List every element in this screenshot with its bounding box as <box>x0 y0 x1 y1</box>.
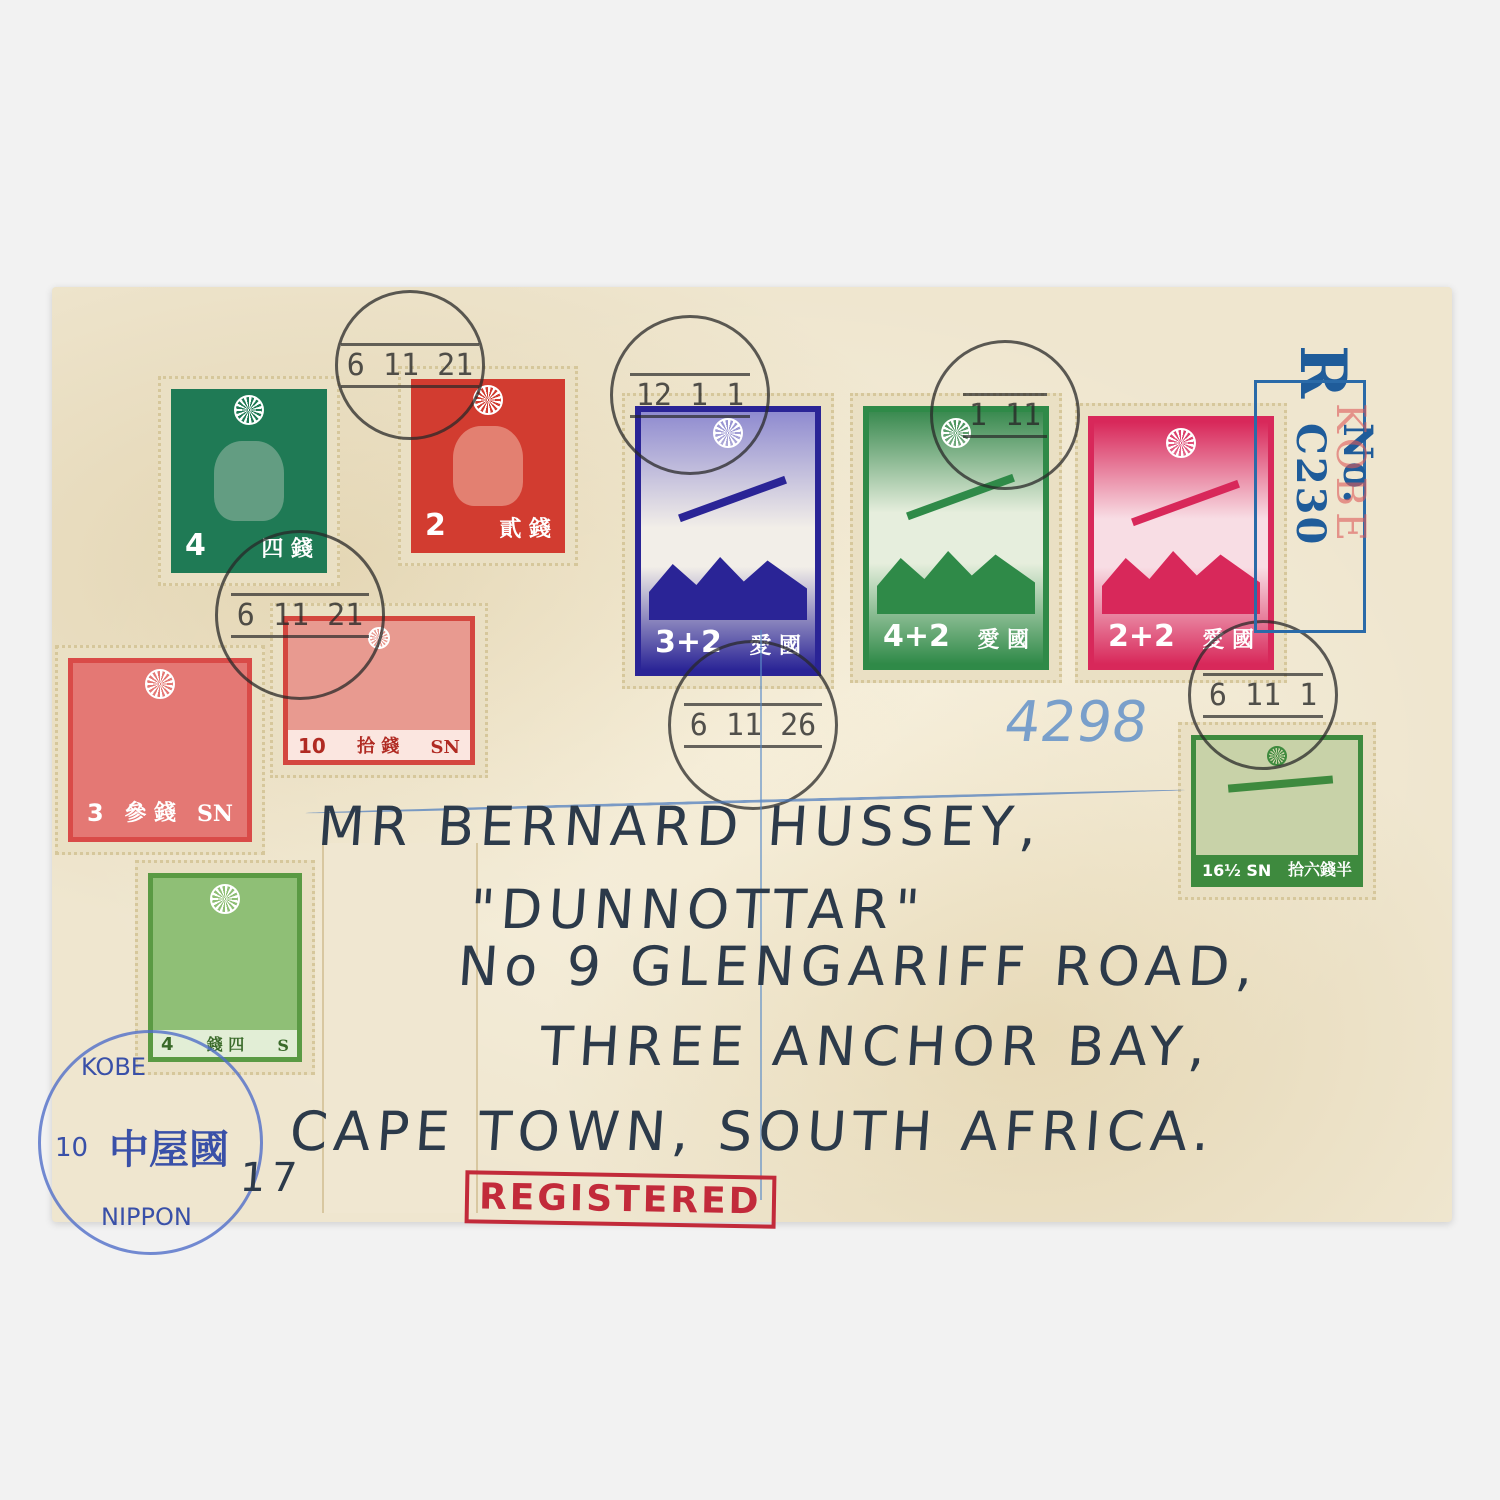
postmark-date: 6 11 21 <box>231 593 369 638</box>
mountain-graphic <box>649 550 807 620</box>
mountain-graphic <box>877 544 1035 614</box>
address-line-2: "DUNNOTTAR" <box>468 878 928 941</box>
chrysanthemum-icon <box>210 884 240 914</box>
address-line-1: MR BERNARD HUSSEY, <box>316 795 1045 858</box>
stamp-value: 10 <box>298 734 326 758</box>
portrait-icon <box>453 426 523 506</box>
kobe-postmark-text: 中屋國 <box>109 1118 229 1175</box>
kobe-postmark-day: 10 <box>55 1133 88 1163</box>
postmark: 6 11 21 <box>335 290 485 440</box>
mountain-graphic <box>1102 544 1260 614</box>
stamp-kanji: 拾六錢半 <box>1288 857 1352 880</box>
postmark-date: 6 11 1 <box>1203 673 1323 718</box>
chrysanthemum-icon <box>1166 428 1196 458</box>
chrysanthemum-icon <box>234 395 264 425</box>
stamp-value: 4 <box>185 528 206 563</box>
postmark-date: 12 1 1 <box>630 373 750 418</box>
portrait-icon <box>214 441 284 521</box>
stamp-kanji: 貳 錢 <box>499 512 551 543</box>
airplane-icon <box>1131 480 1240 526</box>
stamp-red-tazawa: 3參 錢SN <box>55 645 265 855</box>
postmark: 1 11 <box>930 340 1080 490</box>
postmark: 6 11 21 <box>215 530 385 700</box>
postmark: 6 11 1 <box>1188 620 1338 770</box>
stamp-suffix: S <box>277 1036 289 1055</box>
stamp-kanji: 愛 國 <box>977 623 1029 654</box>
kobe-nippon-postmark: 中屋國 10 KOBE NIPPON <box>38 1030 263 1255</box>
registered-handstamp: REGISTERED <box>465 1170 776 1228</box>
address-line-4: THREE ANCHOR BAY, <box>538 1015 1214 1078</box>
stamp-value: 16½ SN <box>1202 861 1271 880</box>
chrysanthemum-icon <box>145 669 175 699</box>
stamp-suffix: SN <box>431 737 460 758</box>
postmark-date: 1 11 <box>963 393 1047 438</box>
address-line-3: No 9 GLENGARIFF ROAD, <box>456 935 1261 998</box>
blue-pencil-note: 4298 <box>1000 690 1152 755</box>
kobe-postmark-top: KOBE <box>81 1053 146 1081</box>
stamp-value: 2+2 <box>1108 619 1175 654</box>
stamp-kanji: 拾 錢 <box>357 732 399 758</box>
stamp-value: 3 <box>87 799 104 827</box>
postmark: 12 1 1 <box>610 315 770 475</box>
registration-label: R No. C230 KOBE <box>1238 345 1408 641</box>
postmark-date: 6 11 26 <box>684 703 822 748</box>
postmark-date: 6 11 21 <box>341 343 479 388</box>
registration-box: No. C230 KOBE <box>1254 380 1366 633</box>
postmark: 6 11 26 <box>668 640 838 810</box>
registration-office: KOBE <box>1327 403 1373 547</box>
stamp-value: 2 <box>425 508 446 543</box>
stamp-suffix: SN <box>197 801 233 827</box>
address-line-5: CAPE TOWN, SOUTH AFRICA. <box>288 1100 1218 1163</box>
stamp-kanji: 參 錢 <box>125 796 177 827</box>
airplane-icon <box>1228 775 1334 792</box>
airplane-icon <box>678 475 787 521</box>
sender-note: 17 <box>238 1155 304 1201</box>
stamp-value: 4+2 <box>883 619 950 654</box>
kobe-postmark-bottom: NIPPON <box>101 1203 192 1231</box>
